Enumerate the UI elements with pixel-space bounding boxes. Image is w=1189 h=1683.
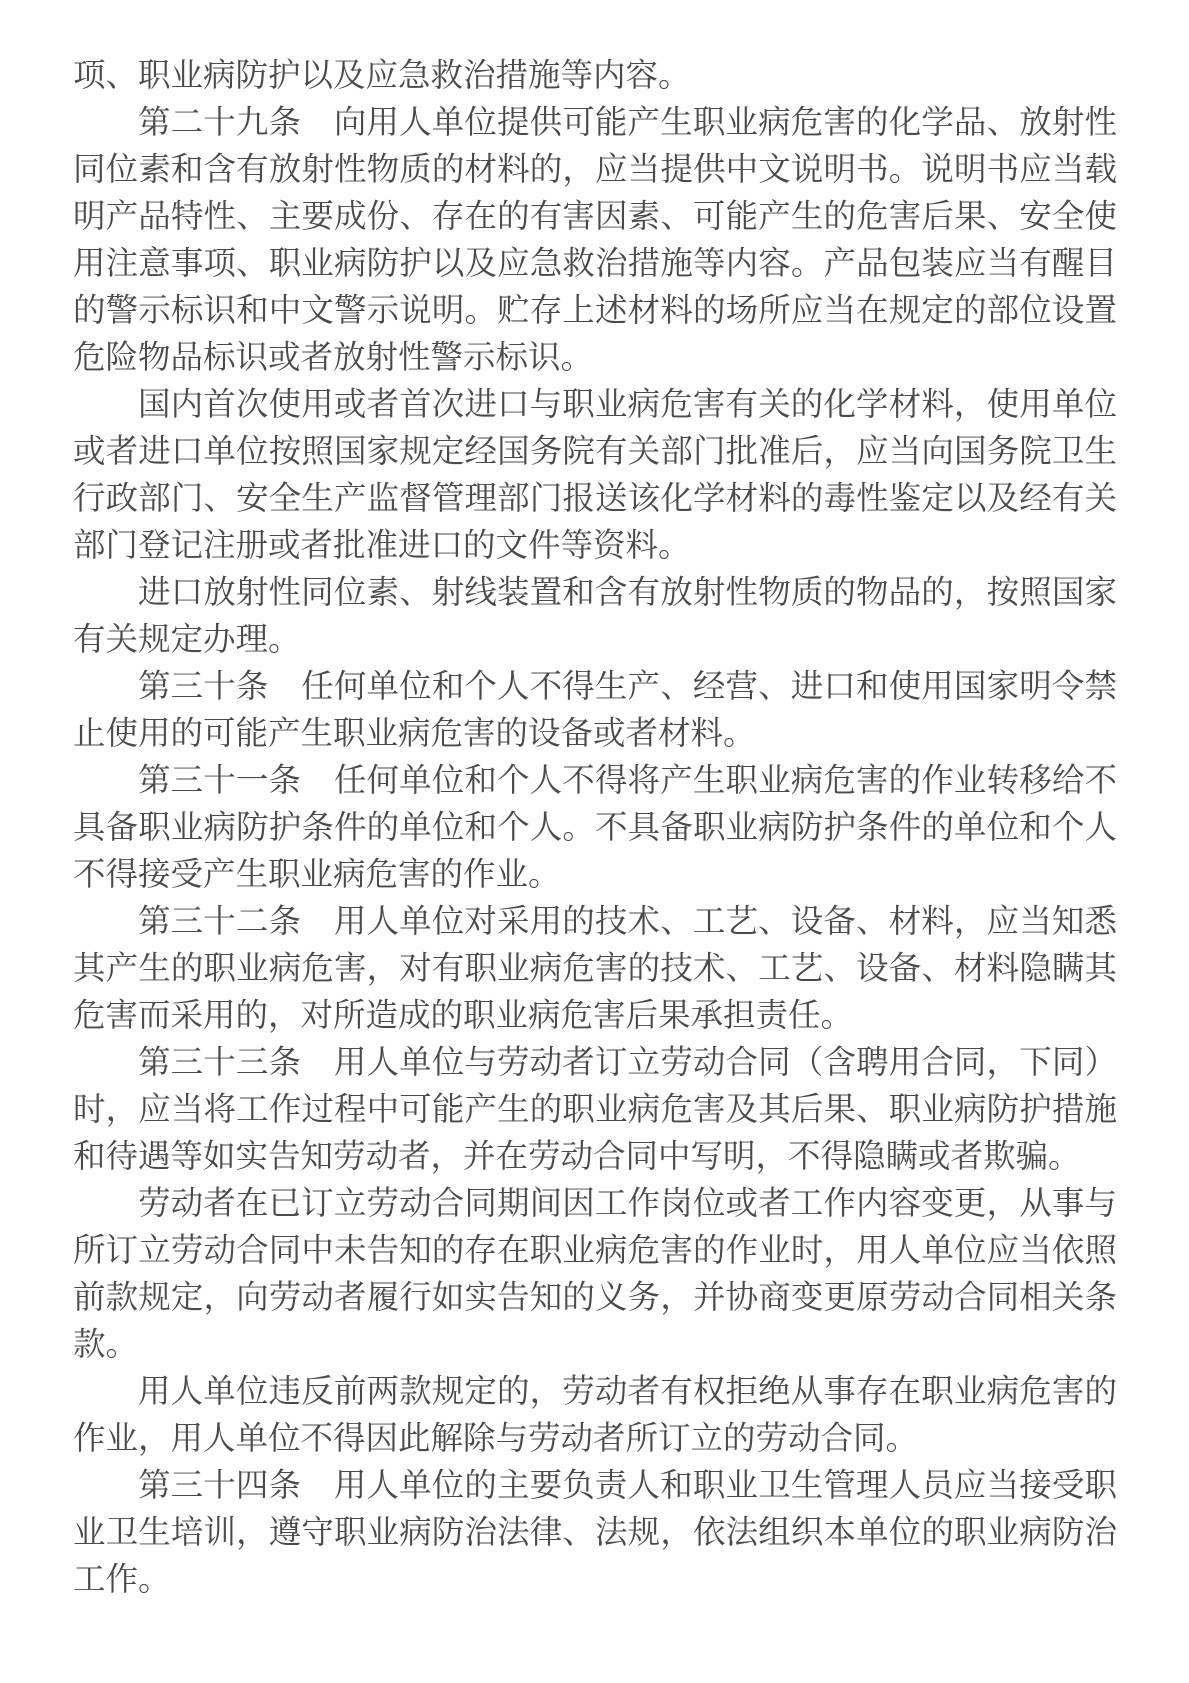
paragraph-article-33-clause-3: 用人单位违反前两款规定的，劳动者有权拒绝从事存在职业病危害的作业，用人单位不得因… (73, 1368, 1117, 1462)
paragraph-article-34: 第三十四条 用人单位的主要负责人和职业卫生管理人员应当接受职业卫生培训，遵守职业… (73, 1462, 1117, 1603)
paragraph-article-29-clause-3: 进口放射性同位素、射线装置和含有放射性物质的物品的，按照国家有关规定办理。 (73, 569, 1117, 663)
paragraph-article-30: 第三十条 任何单位和个人不得生产、经营、进口和使用国家明令禁止使用的可能产生职业… (73, 663, 1117, 757)
paragraph-article-33-clause-2: 劳动者在已订立劳动合同期间因工作岗位或者工作内容变更，从事与所订立劳动合同中未告… (73, 1180, 1117, 1368)
paragraph-article-29: 第二十九条 向用人单位提供可能产生职业病危害的化学品、放射性同位素和含有放射性物… (73, 99, 1117, 381)
paragraph-continuation: 项、职业病防护以及应急救治措施等内容。 (73, 52, 1117, 99)
paragraph-article-31: 第三十一条 任何单位和个人不得将产生职业病危害的作业转移给不具备职业病防护条件的… (73, 757, 1117, 898)
paragraph-article-32: 第三十二条 用人单位对采用的技术、工艺、设备、材料，应当知悉其产生的职业病危害，… (73, 898, 1117, 1039)
paragraph-article-33: 第三十三条 用人单位与劳动者订立劳动合同（含聘用合同，下同）时，应当将工作过程中… (73, 1039, 1117, 1180)
paragraph-article-29-clause-2: 国内首次使用或者首次进口与职业病危害有关的化学材料，使用单位或者进口单位按照国家… (73, 381, 1117, 569)
document-page: 项、职业病防护以及应急救治措施等内容。 第二十九条 向用人单位提供可能产生职业病… (0, 0, 1189, 1683)
